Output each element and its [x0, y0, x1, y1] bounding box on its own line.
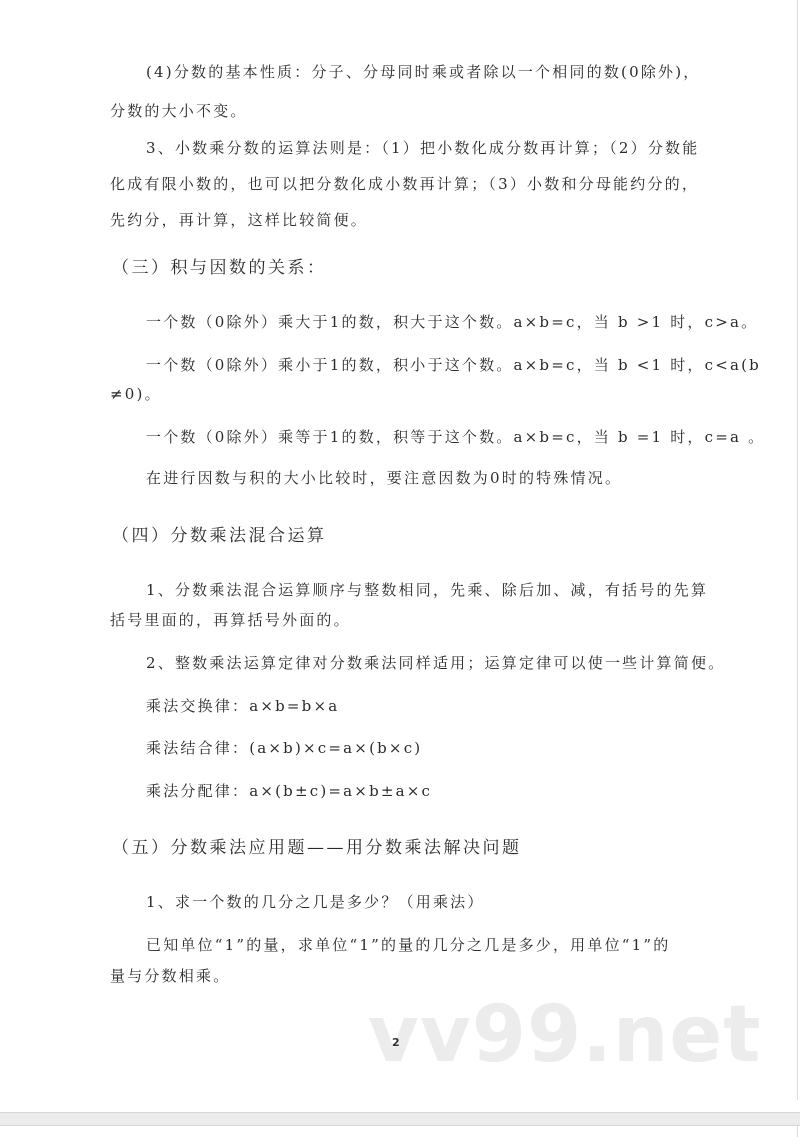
section-heading-3: （三）积与因数的关系： [112, 258, 327, 278]
paragraph: 2、整数乘法运算定律对分数乘法同样适用；运算定律可以使一些计算简便。 [146, 653, 725, 673]
formula-associative: 乘法结合律：(a×b)×c=a×(b×c) [146, 738, 422, 758]
next-page-edge [0, 1126, 798, 1137]
formula-distributive: 乘法分配律：a×(b±c)=a×b±a×c [146, 781, 432, 801]
document-page: (4)分数的基本性质：分子、分母同时乘或者除以一个相同的数(0除外)， 分数的大… [0, 0, 798, 1100]
page-number: 2 [392, 1036, 400, 1049]
paragraph: 括号里面的，再算括号外面的。 [110, 610, 351, 630]
paragraph: 在进行因数与积的大小比较时，要注意因数为0时的特殊情况。 [146, 468, 622, 488]
paragraph: 量与分数相乘。 [110, 966, 230, 986]
text-line: 先约分，再计算，这样比较简便。 [110, 210, 368, 230]
paragraph: 一个数（0除外）乘等于1的数，积等于这个数。a×b=c，当 b =1 时，c=a… [146, 427, 765, 447]
paragraph: ≠0)。 [110, 384, 162, 404]
paragraph: 已知单位“1”的量，求单位“1”的量的几分之几是多少，用单位“1”的 [146, 935, 670, 955]
text-line: 分数的大小不变。 [110, 101, 248, 121]
paragraph: 一个数（0除外）乘小于1的数，积小于这个数。a×b=c，当 b <1 时，c<a… [146, 355, 761, 375]
section-heading-5: （五）分数乘法应用题——用分数乘法解决问题 [112, 838, 522, 858]
paragraph: 1、求一个数的几分之几是多少？（用乘法） [146, 892, 485, 912]
formula-commutative: 乘法交换律：a×b=b×a [146, 696, 339, 716]
paragraph: 1、分数乘法混合运算顺序与整数相同，先乘、除后加、减，有括号的先算 [146, 580, 708, 600]
text-line: 化成有限小数的，也可以把分数化成小数再计算；（3）小数和分母能约分的， [110, 174, 699, 194]
text-line: (4)分数的基本性质：分子、分母同时乘或者除以一个相同的数(0除外)， [146, 62, 701, 82]
section-heading-4: （四）分数乘法混合运算 [112, 526, 327, 546]
text-line: 3、小数乘分数的运算法则是：（1）把小数化成分数再计算；（2）分数能 [146, 138, 699, 158]
page-separator [0, 1112, 800, 1126]
watermark: vv99.net [368, 995, 762, 1075]
paragraph: 一个数（0除外）乘大于1的数，积大于这个数。a×b=c，当 b >1 时，c>a… [146, 312, 758, 332]
